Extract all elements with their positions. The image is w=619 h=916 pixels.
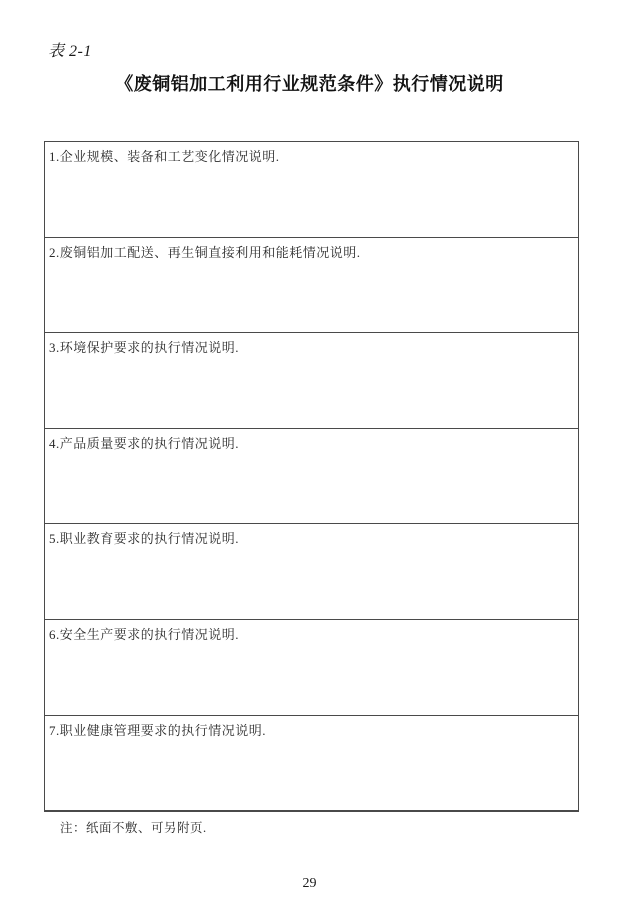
table-row: 6.安全生产要求的执行情况说明.: [45, 620, 578, 716]
table-row: 4.产品质量要求的执行情况说明.: [45, 429, 578, 525]
table-row-label: 7.职业健康管理要求的执行情况说明.: [45, 716, 578, 739]
page-number: 29: [0, 876, 619, 892]
table-row-label: 3.环境保护要求的执行情况说明.: [45, 333, 578, 356]
table-row: 3.环境保护要求的执行情况说明.: [45, 333, 578, 429]
table-row-label: 6.安全生产要求的执行情况说明.: [45, 620, 578, 643]
statement-table: 1.企业规模、装备和工艺变化情况说明. 2.废铜铝加工配送、再生铜直接利用和能耗…: [44, 141, 579, 812]
table-row-label: 2.废铜铝加工配送、再生铜直接利用和能耗情况说明.: [45, 238, 578, 261]
page-title: 《废铜铝加工利用行业规范条件》执行情况说明: [0, 70, 619, 96]
table-row: 1.企业规模、装备和工艺变化情况说明.: [45, 142, 578, 238]
table-row: 7.职业健康管理要求的执行情况说明.: [45, 716, 578, 811]
table-row-label: 5.职业教育要求的执行情况说明.: [45, 524, 578, 547]
table-label: 表 2-1: [48, 38, 92, 61]
table-row: 5.职业教育要求的执行情况说明.: [45, 524, 578, 620]
table-row-label: 1.企业规模、装备和工艺变化情况说明.: [45, 142, 578, 165]
footnote: 注：纸面不敷、可另附页.: [60, 818, 207, 836]
table-row: 2.废铜铝加工配送、再生铜直接利用和能耗情况说明.: [45, 238, 578, 334]
table-row-label: 4.产品质量要求的执行情况说明.: [45, 429, 578, 452]
document-page: 表 2-1 《废铜铝加工利用行业规范条件》执行情况说明 1.企业规模、装备和工艺…: [0, 0, 619, 916]
